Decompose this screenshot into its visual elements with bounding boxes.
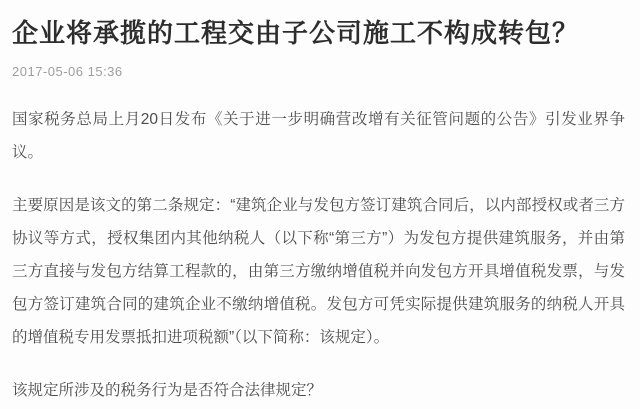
article-paragraph: 该规定所涉及的税务行为是否符合法律规定？: [12, 374, 625, 407]
article-date: 2017-05-06 15:36: [12, 64, 625, 79]
article-paragraph: 主要原因是该文的第二条规定：“建筑企业与发包方签订建筑合同后，以内部授权或者三方…: [12, 189, 625, 354]
article-title: 企业将承揽的工程交由子公司施工不构成转包？: [12, 16, 625, 50]
article-page: 企业将承揽的工程交由子公司施工不构成转包？ 2017-05-06 15:36 国…: [0, 0, 640, 409]
article-paragraph: 国家税务总局上月20日发布《关于进一步明确营改增有关征管问题的公告》引发业界争议…: [12, 103, 625, 169]
